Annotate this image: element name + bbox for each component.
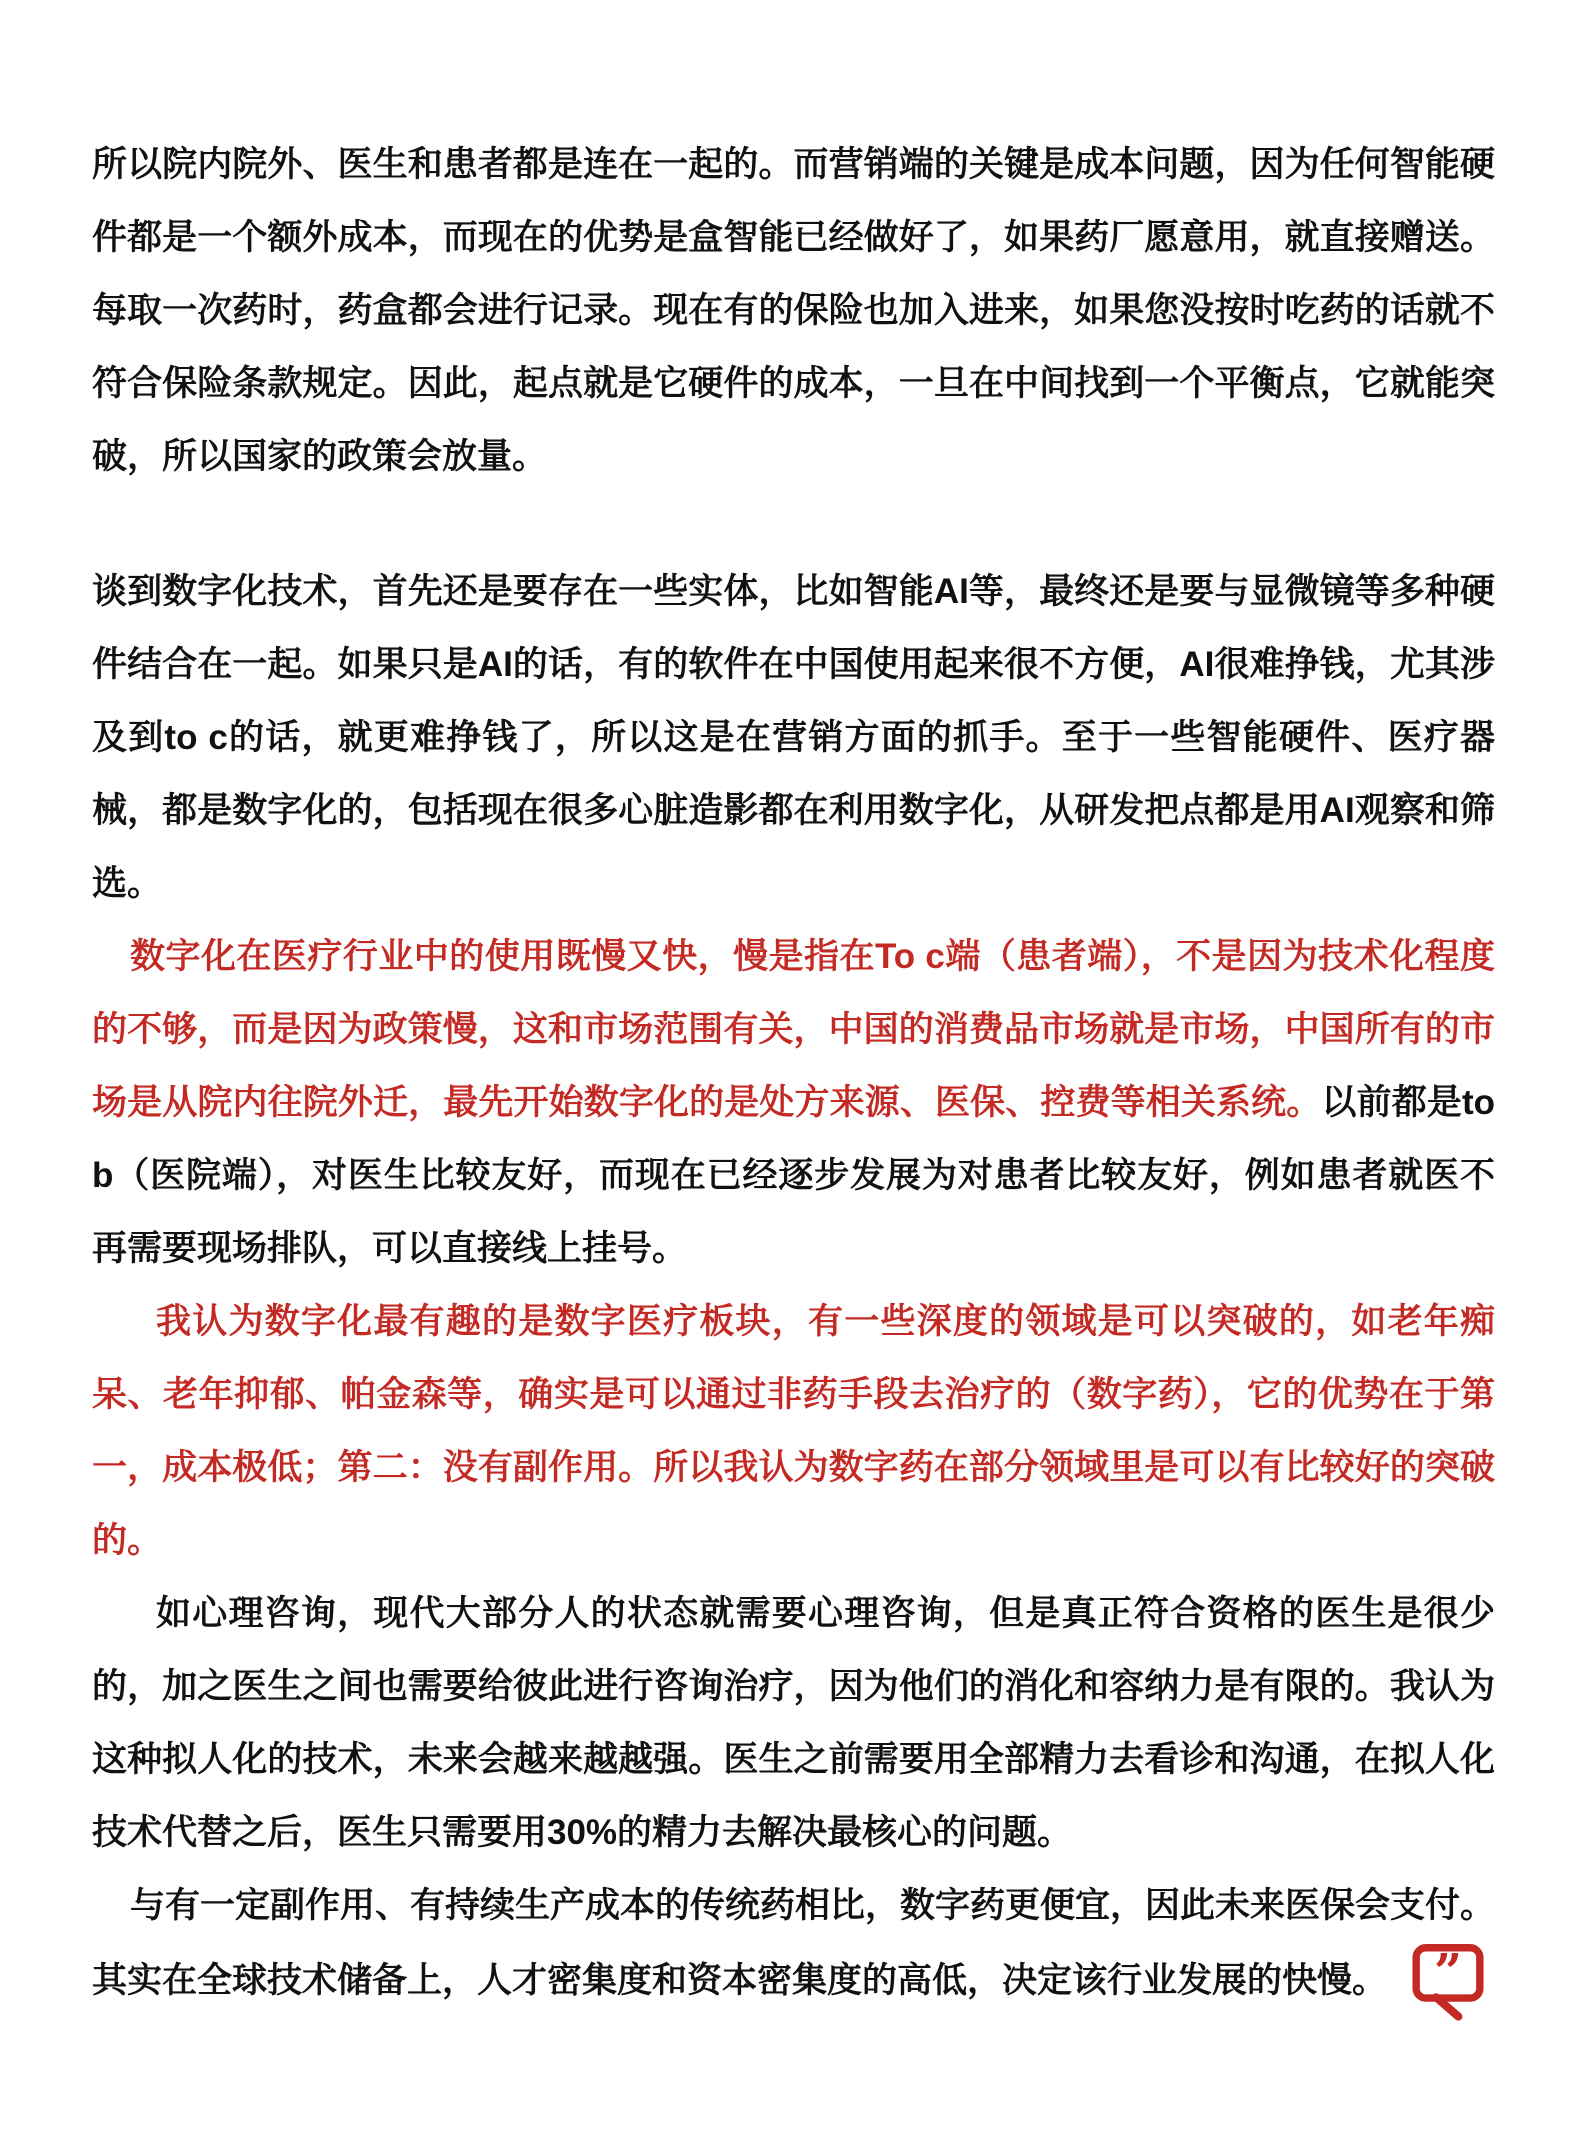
text-segment: 与有一定副作用、有持续生产成本的传统药相比，数字药更便宜，因此未来医保会支付。其…	[92, 1886, 1495, 2000]
text-segment: 数字化在医疗行业中的使用既慢又快，慢是指在To c端（患者端），不是因为技术化程…	[92, 937, 1495, 1122]
para-digital-medicine: 我认为数字化最有趣的是数字医疗板块，有一些深度的领域是可以突破的，如老年痴呆、老…	[92, 1285, 1495, 1577]
para-psychological-counseling: 如心理咨询，现代大部分人的状态就需要心理咨询，但是真正符合资格的医生是很少的，加…	[92, 1577, 1495, 1869]
para-marketing-cost: 所以院内院外、医生和患者都是连在一起的。而营销端的关键是成本问题，因为任何智能硬…	[92, 128, 1495, 493]
document-body: 所以院内院外、医生和患者都是连在一起的。而营销端的关键是成本问题，因为任何智能硬…	[92, 128, 1495, 2026]
document-page: 所以院内院外、医生和患者都是连在一起的。而营销端的关键是成本问题，因为任何智能硬…	[0, 0, 1587, 2154]
text-segment: 所以院内院外、医生和患者都是连在一起的。而营销端的关键是成本问题，因为任何智能硬…	[92, 145, 1495, 476]
text-segment: 谈到数字化技术，首先还是要存在一些实体，比如智能AI等，最终还是要与显微镜等多种…	[92, 572, 1495, 903]
para-conclusion: 与有一定副作用、有持续生产成本的传统药相比，数字药更便宜，因此未来医保会支付。其…	[92, 1869, 1495, 2026]
text-segment: 如心理咨询，现代大部分人的状态就需要心理咨询，但是真正符合资格的医生是很少的，加…	[92, 1594, 1495, 1852]
svg-text:”: ”	[1434, 1942, 1462, 2000]
quote-close-icon: ”	[1411, 1942, 1485, 2026]
text-segment: 我认为数字化最有趣的是数字医疗板块，有一些深度的领域是可以突破的，如老年痴呆、老…	[92, 1302, 1495, 1560]
para-slow-and-fast: 数字化在医疗行业中的使用既慢又快，慢是指在To c端（患者端），不是因为技术化程…	[92, 920, 1495, 1285]
para-digital-technology: 谈到数字化技术，首先还是要存在一些实体，比如智能AI等，最终还是要与显微镜等多种…	[92, 555, 1495, 920]
